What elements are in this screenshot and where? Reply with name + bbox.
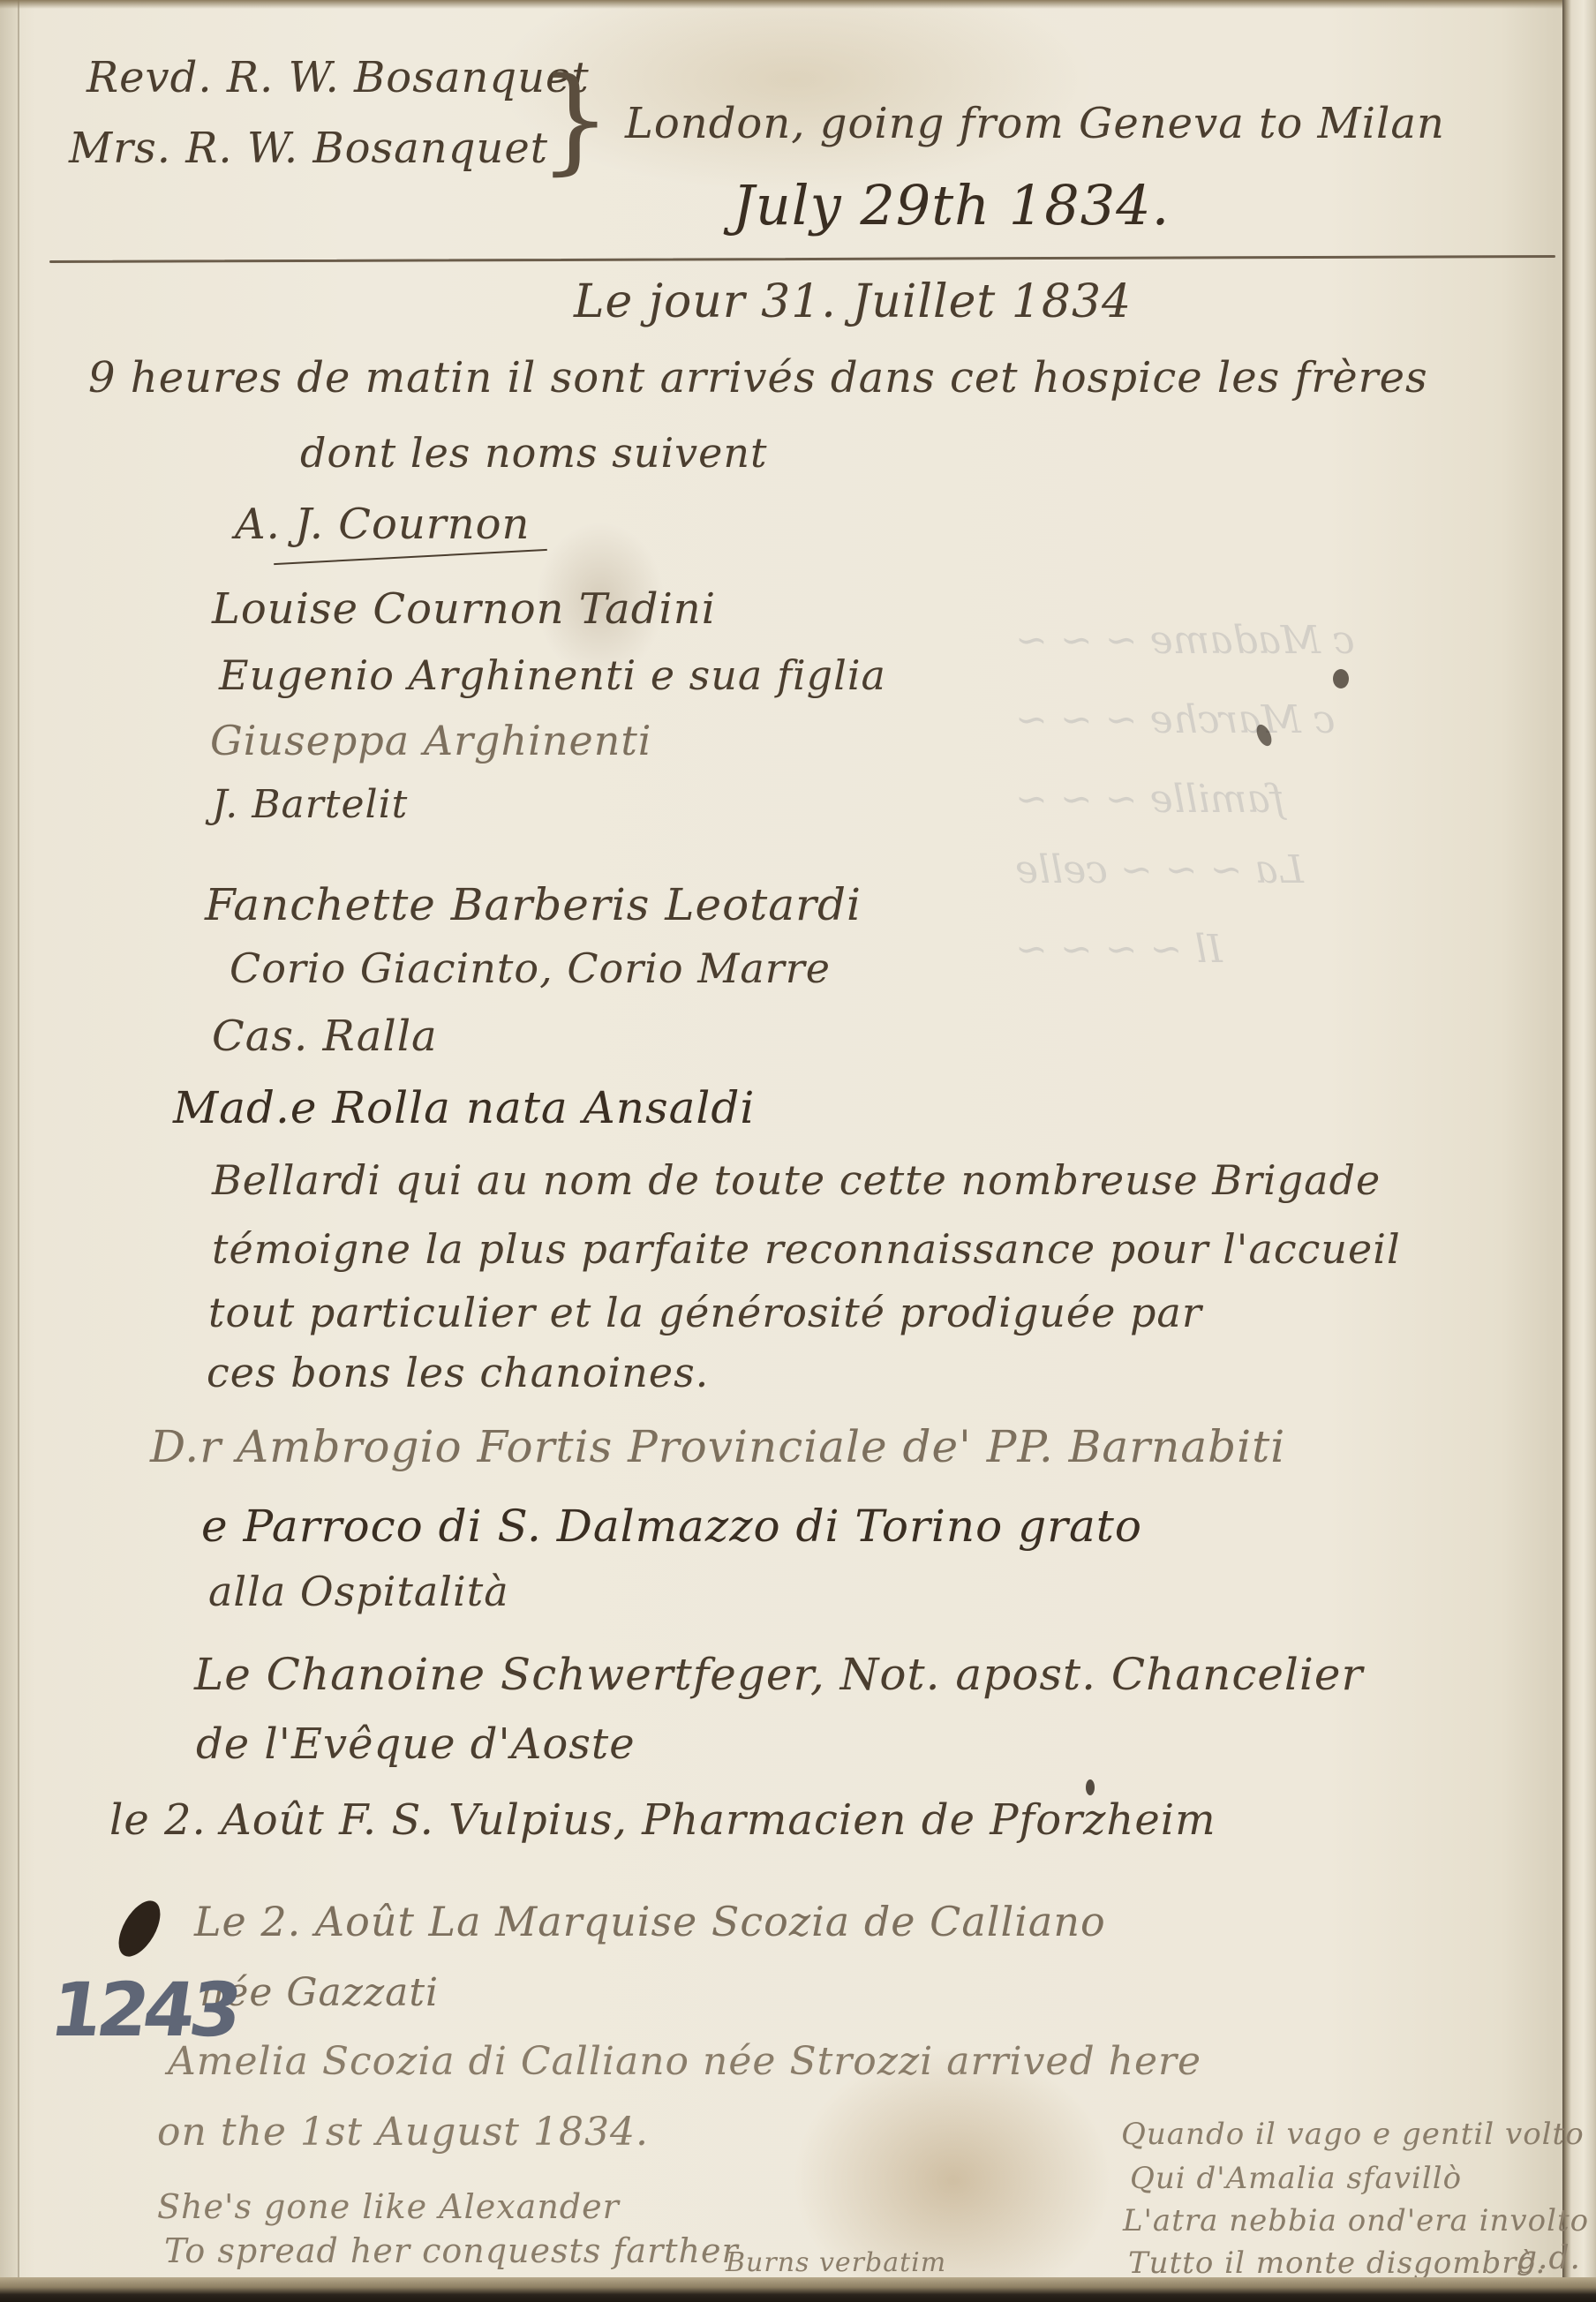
entry-ambrogio-line: e Parroco di S. Dalmazzo di Torino grato xyxy=(201,1501,1142,1552)
english-verse-line: To spread her conquests farther xyxy=(164,2231,739,2270)
verse-attribution: Burns verbatim xyxy=(726,2247,946,2278)
guest-name-1: Revd. R. W. Bosanquet xyxy=(87,53,590,102)
bleed-through-text: c Madame ~ ~ ~ xyxy=(1015,618,1355,663)
guest-name-2: Mrs. R. W. Bosanquet xyxy=(69,124,548,173)
name-entry: Mad.e Rolla nata Ansaldi xyxy=(173,1082,755,1133)
italian-verse-line: Qui d'Amalia sfavillò xyxy=(1130,2161,1462,2196)
entry-ambrogio-line: D.r Ambrogio Fortis Provinciale de' PP. … xyxy=(150,1421,1285,1472)
testimonial-line: témoigne la plus parfaite reconnaissance… xyxy=(212,1225,1401,1273)
register-page: c Madame ~ ~ ~ c Marche ~ ~ ~ famille ~ … xyxy=(0,0,1596,2302)
entry-marquise-line: Le 2. Août La Marquise Scozia de Callian… xyxy=(194,1898,1106,1945)
italian-verse-line: Tutto il monte disgombrò. xyxy=(1128,2246,1546,2281)
header-divider xyxy=(49,255,1555,263)
bleed-through-text: La ~ ~ ~ celle xyxy=(1015,847,1304,892)
name-entry: Eugenio Arghinenti e sua figlia xyxy=(219,651,886,699)
grouping-brace: } xyxy=(538,62,612,177)
name-entry: Louise Cournon Tadini xyxy=(212,584,716,634)
entry-ambrogio-line: alla Ospitalità xyxy=(208,1568,509,1615)
origin-text: London, going from Geneva to Milan xyxy=(625,99,1445,148)
entry-date-heading: Le jour 31. Juillet 1834 xyxy=(574,275,1132,328)
testimonial-line: Bellardi qui au nom de toute cette nombr… xyxy=(212,1156,1381,1204)
english-note-line: Amelia Scozia di Calliano née Strozzi ar… xyxy=(168,2039,1201,2084)
italian-verse-line: L'atra nebbia ond'era involto xyxy=(1123,2203,1589,2238)
intro-line-2: dont les noms suivent xyxy=(300,429,767,477)
name-entry: Giuseppa Arghinenti xyxy=(210,717,652,764)
italian-verse-signature: g.d. xyxy=(1517,2240,1581,2276)
entry-vulpius: le 2. Août F. S. Vulpius, Pharmacien de … xyxy=(109,1795,1216,1845)
testimonial-line: ces bons les chanoines. xyxy=(207,1349,709,1396)
english-verse-line: She's gone like Alexander xyxy=(157,2187,620,2226)
ink-spot xyxy=(1333,669,1349,688)
book-gutter xyxy=(1562,0,1596,2302)
page-top-edge xyxy=(0,0,1596,9)
header-date: July 29th 1834. xyxy=(733,173,1170,237)
ink-blot xyxy=(110,1894,169,1964)
name-entry: J. Bartelit xyxy=(212,782,408,827)
name-underline xyxy=(274,549,547,565)
ink-spot xyxy=(1086,1779,1095,1795)
entry-chanoine-line: Le Chanoine Schwertfeger, Not. apost. Ch… xyxy=(194,1649,1363,1700)
page-left-edge xyxy=(0,0,19,2302)
name-entry: Fanchette Barberis Leotardi xyxy=(205,879,862,930)
name-entry: A. J. Cournon xyxy=(235,500,530,549)
page-bottom-edge xyxy=(0,2277,1596,2302)
bleed-through-text: Il ~ ~ ~ ~ xyxy=(1015,927,1223,972)
name-entry: Cas. Ralla xyxy=(212,1012,438,1061)
name-entry: Corio Giacinto, Corio Marre xyxy=(230,944,831,992)
testimonial-line: tout particulier et la générosité prodig… xyxy=(208,1289,1202,1336)
bleed-through-text: famille ~ ~ ~ xyxy=(1015,777,1284,822)
entry-chanoine-line: de l'Evêque d'Aoste xyxy=(196,1719,636,1769)
intro-line-1: 9 heures de matin il sont arrivés dans c… xyxy=(88,353,1428,402)
italian-verse-line: Quando il vago e gentil volto xyxy=(1121,2117,1585,2152)
bleed-through-text: c Marche ~ ~ ~ xyxy=(1015,697,1336,742)
english-note-line: on the 1st August 1834. xyxy=(157,2110,649,2155)
